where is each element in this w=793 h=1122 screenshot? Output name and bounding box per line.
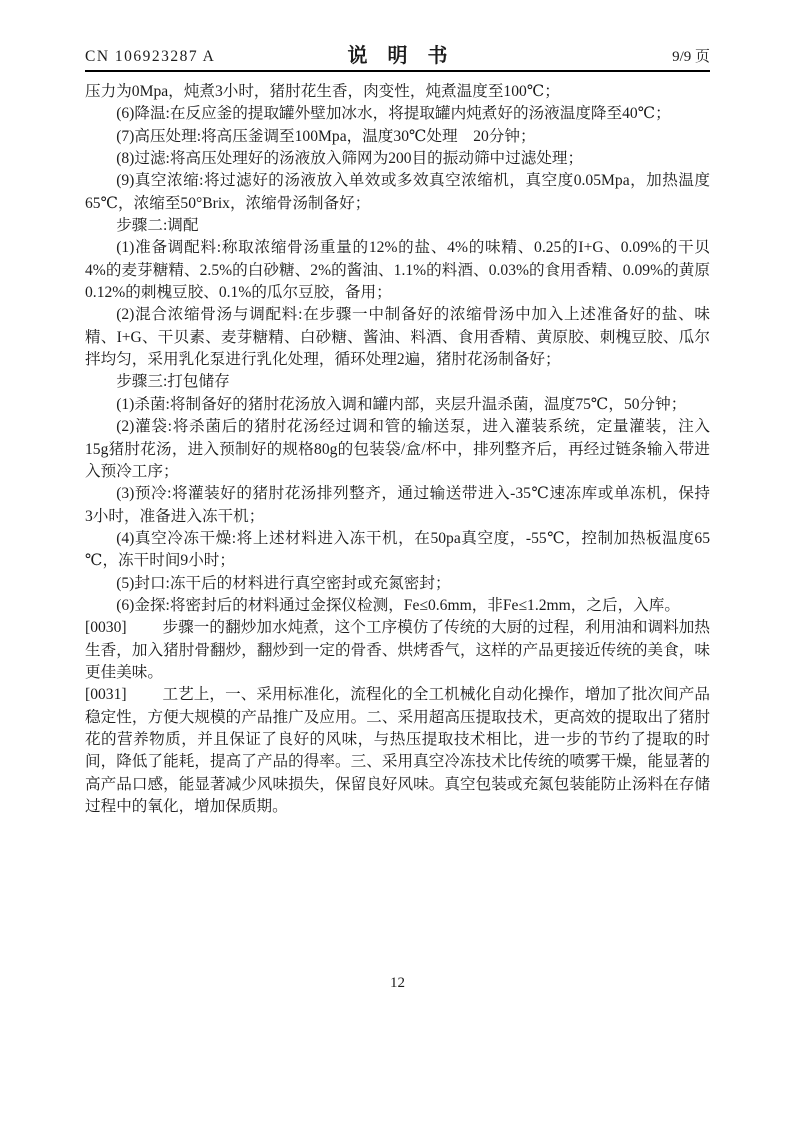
line-text: 花的营养物质，并且保证了良好的风味，与热压提取技术相比，进一步的节约了提取的时 bbox=[85, 731, 710, 748]
line-text: 精、I+G、干贝素、麦芽糖精、白砂糖、酱油、料酒、食用香精、黄原胶、刺槐豆胶、瓜… bbox=[85, 329, 710, 349]
line-text: (3)预冷:将灌装好的猪肘花汤排列整齐，通过输送带进入-35℃速冻库或单冻机，保… bbox=[116, 485, 710, 502]
text-line: ℃，冻干时间9小时； bbox=[85, 550, 710, 572]
line-text: (1)准备调配料:称取浓缩骨汤重量的12%的盐、4%的味精、0.25的I+G、0… bbox=[85, 239, 710, 259]
line-text: 高产品口感，能显著减少风味损失，保留良好风味。真空包装或充氮包装能防止汤料在存储 bbox=[85, 776, 710, 793]
line-text: (9)真空浓缩:将过滤好的汤液放入单效或多效真空浓缩机，真空度0.05Mpa，加… bbox=[116, 172, 710, 189]
text-line: 稳定性，方便大规模的产品推广及应用。二、采用超高压提取技术，更高效的提取出了猪肘 bbox=[85, 707, 710, 729]
line-text: 步骤一的翻炒加水炖煮，这个工序模仿了传统的大厨的过程，利用油和调料加热 bbox=[162, 619, 710, 636]
text-line: (5)封口:冻干后的材料进行真空密封或充氮密封； bbox=[85, 573, 710, 595]
line-text: 过程中的氧化，增加保质期。 bbox=[85, 798, 288, 815]
text-line: (4)真空冷冻干燥:将上述材料进入冻干机，在50pa真空度，-55℃，控制加热板… bbox=[85, 528, 710, 550]
line-text: (7)高压处理:将高压釜调至100Mpa，温度30℃处理 20分钟； bbox=[116, 128, 535, 145]
line-text: 更佳美味。 bbox=[85, 664, 163, 681]
text-line: (6)金探:将密封后的材料通过金探仪检测，Fe≤0.6mm，非Fe≤1.2mm，… bbox=[85, 595, 710, 617]
line-text: 稳定性，方便大规模的产品推广及应用。二、采用超高压提取技术，更高效的提取出了猪肘 bbox=[85, 709, 710, 726]
line-text: 步骤二:调配 bbox=[116, 217, 198, 234]
text-line: 生香，加入猪肘骨翻炒，翻炒到一定的骨香、烘烤香气，这样的产品更接近传统的美食，味… bbox=[85, 640, 710, 662]
text-line: 间，降低了能耗，提高了产品的得率。三、采用真空冷冻技术比传统的喷雾干燥，能显著的… bbox=[85, 751, 710, 773]
text-line: 高产品口感，能显著减少风味损失，保留良好风味。真空包装或充氮包装能防止汤料在存储 bbox=[85, 774, 710, 796]
paragraph-number: [0031] bbox=[85, 686, 127, 703]
text-line: (9)真空浓缩:将过滤好的汤液放入单效或多效真空浓缩机，真空度0.05Mpa，加… bbox=[85, 170, 710, 192]
line-text: 间，降低了能耗，提高了产品的得率。三、采用真空冷冻技术比传统的喷雾干燥，能显著的… bbox=[85, 753, 710, 773]
line-text: (6)金探:将密封后的材料通过金探仪检测，Fe≤0.6mm，非Fe≤1.2mm，… bbox=[116, 597, 680, 614]
line-text: 4%的麦芽糖精、2.5%的白砂糖、2%的酱油、1.1%的料酒、0.03%的食用香… bbox=[85, 262, 710, 282]
paragraph-number: [0030] bbox=[85, 619, 127, 636]
line-text: (4)真空冷冻干燥:将上述材料进入冻干机，在50pa真空度，-55℃，控制加热板… bbox=[116, 530, 710, 547]
text-line: 过程中的氧化，增加保质期。 bbox=[85, 796, 710, 818]
line-text: (1)杀菌:将制备好的猪肘花汤放入调和罐内部，夹层升温杀菌，温度75℃，50分钟… bbox=[116, 396, 686, 413]
line-text: 拌均匀，采用乳化泵进行乳化处理，循环处理2遍，猪肘花汤制备好； bbox=[85, 351, 561, 368]
text-line: 步骤二:调配 bbox=[85, 215, 710, 237]
line-text: 65℃，浓缩至50°Brix，浓缩骨汤制备好； bbox=[85, 195, 370, 212]
text-line: 15g猪肘花汤，进入预制好的规格80g的包装袋/盒/杯中，排列整齐后，再经过链条… bbox=[85, 439, 710, 461]
text-line: (2)灌袋:将杀菌后的猪肘花汤经过调和管的输送泵，进入灌装系统，定量灌装，注入 bbox=[85, 416, 710, 438]
text-line: [0031]工艺上，一、采用标准化，流程化的全工机械化自动化操作，增加了批次间产… bbox=[85, 684, 710, 706]
text-line: [0030]步骤一的翻炒加水炖煮，这个工序模仿了传统的大厨的过程，利用油和调料加… bbox=[85, 617, 710, 639]
text-line: 步骤三:打包储存 bbox=[85, 371, 710, 393]
text-line: (6)降温:在反应釜的提取罐外壁加冰水，将提取罐内炖煮好的汤液温度降至40℃； bbox=[85, 103, 710, 125]
text-line: (8)过滤:将高压处理好的汤液放入筛网为200目的振动筛中过滤处理； bbox=[85, 148, 710, 170]
text-line: 4%的麦芽糖精、2.5%的白砂糖、2%的酱油、1.1%的料酒、0.03%的食用香… bbox=[85, 260, 710, 282]
line-text: 压力为0Mpa，炖煮3小时，猪肘花生香，肉变性，炖煮温度至100℃； bbox=[85, 83, 560, 100]
patent-page: CN 106923287 A 说明书 9/9 页 压力为0Mpa，炖煮3小时，猪… bbox=[0, 0, 793, 1122]
text-line: 拌均匀，采用乳化泵进行乳化处理，循环处理2遍，猪肘花汤制备好； bbox=[85, 349, 710, 371]
text-line: 更佳美味。 bbox=[85, 662, 710, 684]
page-number: 12 bbox=[390, 975, 405, 991]
header-rule bbox=[85, 70, 710, 72]
text-line: 3小时，准备进入冻干机； bbox=[85, 506, 710, 528]
line-text: 步骤三:打包储存 bbox=[116, 373, 230, 390]
line-text: 3小时，准备进入冻干机； bbox=[85, 508, 264, 525]
line-text: ℃，冻干时间9小时； bbox=[85, 552, 235, 569]
text-line: (1)杀菌:将制备好的猪肘花汤放入调和罐内部，夹层升温杀菌，温度75℃，50分钟… bbox=[85, 394, 710, 416]
line-text: (6)降温:在反应釜的提取罐外壁加冰水，将提取罐内炖煮好的汤液温度降至40℃； bbox=[116, 105, 671, 122]
document-title: 说明书 bbox=[328, 39, 468, 68]
line-text: 入预冷工序； bbox=[85, 463, 179, 480]
patent-number: CN 106923287 A bbox=[85, 48, 215, 66]
line-text: (5)封口:冻干后的材料进行真空密封或充氮密封； bbox=[116, 575, 450, 592]
document-body: 压力为0Mpa，炖煮3小时，猪肘花生香，肉变性，炖煮温度至100℃；(6)降温:… bbox=[85, 81, 710, 818]
text-line: 压力为0Mpa，炖煮3小时，猪肘花生香，肉变性，炖煮温度至100℃； bbox=[85, 81, 710, 103]
line-text: (8)过滤:将高压处理好的汤液放入筛网为200目的振动筛中过滤处理； bbox=[116, 150, 583, 167]
line-text: (2)灌袋:将杀菌后的猪肘花汤经过调和管的输送泵，进入灌装系统，定量灌装，注入 bbox=[116, 418, 710, 435]
page-header: CN 106923287 A 说明书 9/9 页 bbox=[85, 42, 710, 68]
line-text: 15g猪肘花汤，进入预制好的规格80g的包装袋/盒/杯中，排列整齐后，再经过链条… bbox=[85, 441, 710, 458]
line-text: 生香，加入猪肘骨翻炒，翻炒到一定的骨香、烘烤香气，这样的产品更接近传统的美食，味… bbox=[85, 642, 710, 662]
line-text: (2)混合浓缩骨汤与调配料:在步骤一中制备好的浓缩骨汤中加入上述准备好的盐、味 bbox=[116, 306, 710, 323]
line-text: 工艺上，一、采用标准化，流程化的全工机械化自动化操作，增加了批次间产品的 bbox=[85, 686, 710, 706]
line-text: 0.12%的刺槐豆胶、0.1%的瓜尔豆胶，备用； bbox=[85, 284, 392, 301]
page-footer: 12 bbox=[85, 975, 710, 992]
text-line: (1)准备调配料:称取浓缩骨汤重量的12%的盐、4%的味精、0.25的I+G、0… bbox=[85, 237, 710, 259]
text-line: (7)高压处理:将高压釜调至100Mpa，温度30℃处理 20分钟； bbox=[85, 126, 710, 148]
text-line: (2)混合浓缩骨汤与调配料:在步骤一中制备好的浓缩骨汤中加入上述准备好的盐、味 bbox=[85, 304, 710, 326]
text-line: 花的营养物质，并且保证了良好的风味，与热压提取技术相比，进一步的节约了提取的时 bbox=[85, 729, 710, 751]
text-line: 入预冷工序； bbox=[85, 461, 710, 483]
page-indicator: 9/9 页 bbox=[672, 45, 710, 66]
text-line: 65℃，浓缩至50°Brix，浓缩骨汤制备好； bbox=[85, 193, 710, 215]
text-line: 0.12%的刺槐豆胶、0.1%的瓜尔豆胶，备用； bbox=[85, 282, 710, 304]
text-line: 精、I+G、干贝素、麦芽糖精、白砂糖、酱油、料酒、食用香精、黄原胶、刺槐豆胶、瓜… bbox=[85, 327, 710, 349]
text-line: (3)预冷:将灌装好的猪肘花汤排列整齐，通过输送带进入-35℃速冻库或单冻机，保… bbox=[85, 483, 710, 505]
